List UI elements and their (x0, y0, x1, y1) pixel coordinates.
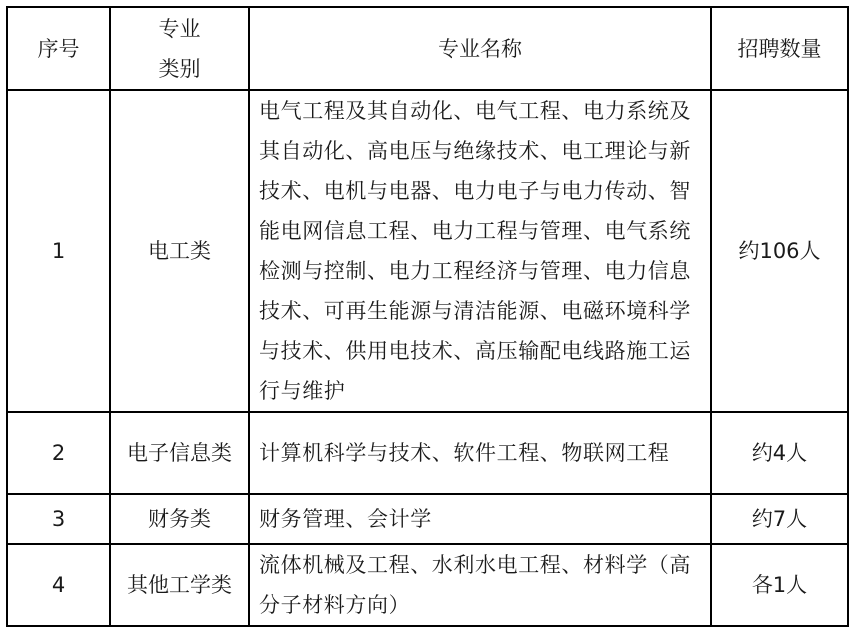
cell-category: 电工类 (110, 90, 249, 412)
cell-no: 4 (7, 544, 110, 626)
cell-count: 约7人 (711, 494, 848, 544)
table-row: 1 电工类 电气工程及其自动化、电气工程、电力系统及其自动化、高电压与绝缘技术、… (7, 90, 848, 412)
header-category-line1: 专业 (111, 9, 248, 49)
cell-count: 各1人 (711, 544, 848, 626)
table-row: 3 财务类 财务管理、会计学 约7人 (7, 494, 848, 544)
cell-count: 约4人 (711, 412, 848, 494)
cell-majors: 财务管理、会计学 (249, 494, 711, 544)
cell-majors: 电气工程及其自动化、电气工程、电力系统及其自动化、高电压与绝缘技术、电工理论与新… (249, 90, 711, 412)
cell-category: 其他工学类 (110, 544, 249, 626)
cell-no: 1 (7, 90, 110, 412)
cell-no: 2 (7, 412, 110, 494)
cell-category: 电子信息类 (110, 412, 249, 494)
header-count: 招聘数量 (711, 7, 848, 90)
cell-category: 财务类 (110, 494, 249, 544)
header-category: 专业 类别 (110, 7, 249, 90)
header-major-name: 专业名称 (249, 7, 711, 90)
header-category-line2: 类别 (111, 49, 248, 89)
recruitment-table-container: 序号 专业 类别 专业名称 招聘数量 1 电工类 电气工程及其自动化、电气工程、… (6, 6, 849, 627)
table-header-row: 序号 专业 类别 专业名称 招聘数量 (7, 7, 848, 90)
recruitment-table: 序号 专业 类别 专业名称 招聘数量 1 电工类 电气工程及其自动化、电气工程、… (6, 6, 849, 627)
cell-count: 约106人 (711, 90, 848, 412)
cell-majors: 计算机科学与技术、软件工程、物联网工程 (249, 412, 711, 494)
table-row: 2 电子信息类 计算机科学与技术、软件工程、物联网工程 约4人 (7, 412, 848, 494)
cell-no: 3 (7, 494, 110, 544)
header-no: 序号 (7, 7, 110, 90)
table-row: 4 其他工学类 流体机械及工程、水利水电工程、材料学（高分子材料方向） 各1人 (7, 544, 848, 626)
cell-majors: 流体机械及工程、水利水电工程、材料学（高分子材料方向） (249, 544, 711, 626)
